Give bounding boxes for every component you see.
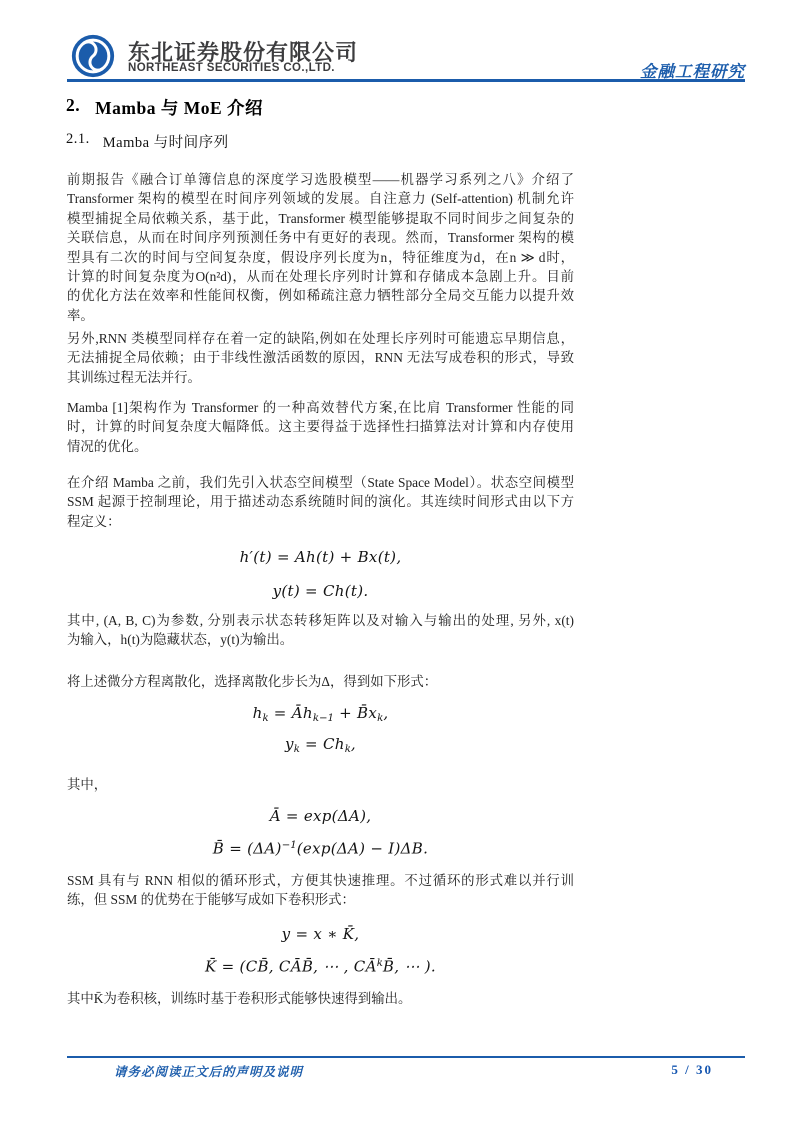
formula-discrete-state: hk = Āhk−1 + B̄xk,	[67, 703, 574, 729]
body-line: 练，但 SSM 的优势在于能够写成如下卷积形式：	[67, 890, 574, 909]
formula-state-equation: h′(t) = Ah(t) + Bx(t),	[67, 547, 574, 567]
paragraph-rnn-drawbacks: 另外,RNN 类模型同样存在着一定的缺陷,例如在处理长序列时可能遗忘早期信息， …	[67, 329, 574, 387]
body-line: 计算的时间复杂度为O(n²d)，从而在处理长序列时计算和存储成本急剧上升。目前	[67, 267, 574, 286]
paragraph-kernel-note: 其中K̄为卷积核，训练时基于卷积形式能够快速得到输出。	[67, 989, 574, 1008]
page-number: 5 / 30	[671, 1062, 713, 1078]
body-line: 为输入，h(t)为隐藏状态，y(t)为输出。	[67, 630, 574, 649]
body-line: 情况的优化。	[67, 437, 574, 456]
subsection-title: 2.1. Mamba 与时间序列	[66, 131, 229, 152]
section-title: 2. Mamba 与 MoE 介绍	[66, 95, 263, 120]
footer-divider	[67, 1056, 745, 1058]
body-line: Transformer 架构的模型在时间序列领域的发展。自注意力 (Self-a…	[67, 189, 574, 208]
body-line: Mamba [1]架构作为 Transformer 的一种高效替代方案,在比肩 …	[67, 398, 574, 417]
company-name-en: NORTHEAST SECURITIES CO.,LTD.	[128, 62, 428, 74]
section-number: 2.	[66, 95, 80, 120]
subsection-number: 2.1.	[66, 131, 90, 152]
body-line: 的优化方法在效率和性能间权衡，例如稀疏注意力牺牲部分全局交互能力以提升效	[67, 286, 574, 305]
body-line: 关联信息，从而在时间序列预测任务中有更好的表现。然而，Transformer 架…	[67, 228, 574, 247]
formula-a-bar: Ā = exp(ΔA),	[67, 806, 574, 826]
paragraph-ssm-intro: 在介绍 Mamba 之前，我们先引入状态空间模型（State Space Mod…	[67, 473, 574, 531]
body-line: 其中, (A, B, C)为参数, 分别表示状态转移矩阵以及对输入与输出的处理,…	[67, 611, 574, 630]
body-line: 率。	[67, 306, 574, 325]
paragraph-discretization: 将上述微分方程离散化，选择离散化步长为Δ，得到如下形式：	[67, 672, 574, 691]
company-logo-icon	[71, 34, 115, 78]
paragraph-transformer-intro: 前期报告《融合订单簿信息的深度学习选股模型——机器学习系列之八》介绍了 Tran…	[67, 170, 574, 325]
formula-convolution: y = x ∗ K̄,	[67, 924, 574, 944]
header-divider	[67, 79, 745, 82]
body-line: 在介绍 Mamba 之前，我们先引入状态空间模型（State Space Mod…	[67, 473, 574, 492]
body-line: 时，计算的时间复杂度大幅降低。这主要得益于选择性扫描算法对计算和内存使用	[67, 417, 574, 436]
footer-disclaimer: 请务必阅读正文后的声明及说明	[114, 1062, 303, 1080]
paragraph-where-label: 其中，	[67, 775, 574, 794]
subsection-title-text: Mamba 与时间序列	[103, 131, 229, 152]
body-line: 型具有二次的时间与空间复杂度，假设序列长度为n，特征维度为d，在n ≫ d时，	[67, 248, 574, 267]
body-line: 另外,RNN 类模型同样存在着一定的缺陷,例如在处理长序列时可能遗忘早期信息，	[67, 329, 574, 348]
body-line: SSM 具有与 RNN 相似的循环形式，方便其快速推理。不过循环的形式难以并行训	[67, 871, 574, 890]
body-line: 前期报告《融合订单簿信息的深度学习选股模型——机器学习系列之八》介绍了	[67, 170, 574, 189]
body-line: 将上述微分方程离散化，选择离散化步长为Δ，得到如下形式：	[67, 672, 574, 691]
formula-discrete-output: yk = Chk,	[67, 734, 574, 760]
paragraph-mamba-advantage: Mamba [1]架构作为 Transformer 的一种高效替代方案,在比肩 …	[67, 398, 574, 456]
body-line: 模型捕捉全局依赖关系，基于此，Transformer 模型能够提取不同时间步之间…	[67, 209, 574, 228]
formula-kernel: K̄ = (CB̄, CĀB̄, ⋯ , CĀkB̄, ⋯ ).	[67, 954, 574, 977]
body-line: 其中K̄为卷积核，训练时基于卷积形式能够快速得到输出。	[67, 989, 574, 1008]
body-line: SSM 起源于控制理论，用于描述动态系统随时间的演化。其连续时间形式由以下方	[67, 492, 574, 511]
body-line: 程定义：	[67, 512, 574, 531]
formula-b-bar: B̄ = (ΔA)−1(exp(ΔA) − I)ΔB.	[67, 836, 574, 859]
body-line: 无法捕捉全局依赖；由于非线性激活函数的原因，RNN 无法写成卷积的形式，导致	[67, 348, 574, 367]
paragraph-convolution-form: SSM 具有与 RNN 相似的循环形式，方便其快速推理。不过循环的形式难以并行训…	[67, 871, 574, 910]
section-title-text: Mamba 与 MoE 介绍	[95, 95, 263, 120]
paragraph-parameters: 其中, (A, B, C)为参数, 分别表示状态转移矩阵以及对输入与输出的处理,…	[67, 611, 574, 650]
body-line: 其中，	[67, 775, 574, 794]
report-page: 东北证券股份有限公司 NORTHEAST SECURITIES CO.,LTD.…	[0, 0, 793, 1122]
body-line: 其训练过程无法并行。	[67, 368, 574, 387]
formula-output-equation: y(t) = Ch(t).	[67, 581, 574, 601]
